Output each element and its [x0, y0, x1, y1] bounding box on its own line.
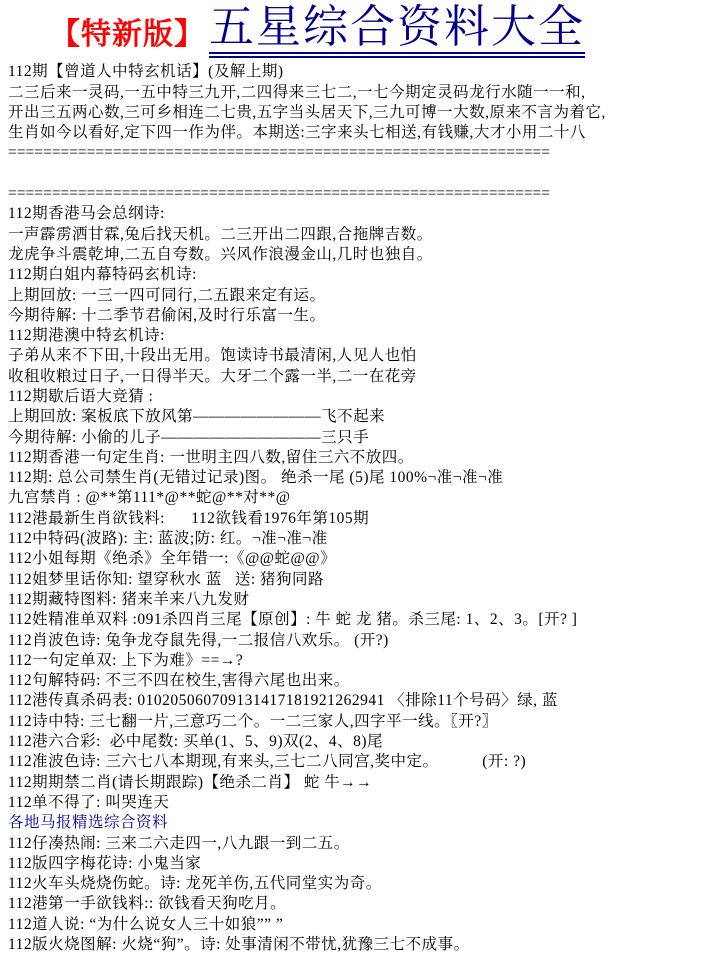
- text-line: 112准波色诗: 三六七八本期现,有来头,三七二八同宫,奖中定。 (开: ?): [8, 752, 709, 772]
- text-line: 二三后来一灵码,一五中特三九开,二四得来三七二,一七今期定灵码龙行水随一一和,: [8, 83, 709, 103]
- text-line: 112肖波色诗: 兔争龙夺鼠先得,一二报信八欢乐。 (开?): [8, 631, 709, 651]
- text-line: 112期: 总公司禁生肖(无错过记录)图。 绝杀一尾 (5)尾 100%¬准¬准…: [8, 468, 709, 488]
- text-line: 112火车头烧烧伤蛇。诗: 龙死羊伤,五代同堂实为奇。: [8, 874, 709, 894]
- text-line: 112期白姐内幕特码玄机诗:: [8, 265, 709, 285]
- text-line: 今期待解: 十二季节君偷闲,及时行乐富一生。: [8, 306, 709, 326]
- page: 【特新版】 五星综合资料大全 112期【曾道人中特玄机话】(及解上期)二三后来一…: [0, 0, 713, 970]
- text-line: 112道人说: “为什么说女人三十如狼”” ”: [8, 915, 709, 935]
- separator-line: ========================================…: [8, 143, 709, 163]
- text-line: 112姐梦里话你知: 望穿秋水 蓝 送: 猪狗同路: [8, 570, 709, 590]
- text-line: 112期香港一句定生肖: 一世明主四八数,留住三六不放四。: [8, 448, 709, 468]
- text-line: 一声霹雳洒甘霖,兔后找天机。二三开出二四跟,合拖牌吉数。: [8, 225, 709, 245]
- text-line: 112版四字梅花诗: 小鬼当家: [8, 854, 709, 874]
- text-line: 112港第一手欲钱料:: 欲钱看天狗吃月。: [8, 894, 709, 914]
- text-line: 112一句定单双: 上下为难》==→?: [8, 651, 709, 671]
- text-line: 九宫禁肖 : @**第111*@**蛇@**对**@: [8, 488, 709, 508]
- text-line: 112期期禁二肖(请长期跟踪)【绝杀二肖】 蛇 牛→→: [8, 773, 709, 793]
- text-line: 112单不得了: 叫哭连天: [8, 793, 709, 813]
- text-line: 112期香港马会总纲诗:: [8, 204, 709, 224]
- text-line: 112中特码(波路): 主: 蓝波;防: 红。¬准¬准¬准: [8, 529, 709, 549]
- text-line: 112港最新生肖欲钱料: 112欲钱看1976年第105期: [8, 509, 709, 529]
- text-line: [8, 164, 709, 184]
- separator-line: ========================================…: [8, 184, 709, 204]
- text-line: 112姓精准单双料 :091杀四肖三尾【原创】: 牛 蛇 龙 猪。杀三尾: 1、…: [8, 610, 709, 630]
- page-header: 【特新版】 五星综合资料大全: [0, 0, 713, 60]
- content: 112期【曾道人中特玄机话】(及解上期)二三后来一灵码,一五中特三九开,二四得来…: [0, 60, 713, 955]
- text-line: 112港六合彩: 必中尾数: 买单(1、5、9)双(2、4、8)尾: [8, 732, 709, 752]
- text-line: 112期港澳中特玄机诗:: [8, 326, 709, 346]
- text-line: 龙虎争斗震乾坤,二五自夸数。兴风作浪漫金山,几时也独自。: [8, 245, 709, 265]
- text-line: 各地马报精选综合资料: [8, 813, 709, 833]
- text-line: 112小姐每期《绝杀》全年错一:《@@蛇@@》: [8, 549, 709, 569]
- text-line: 生肖如今以看好,定下四一作为伴。本期送:三字来头七相送,有钱赚,大才小用二十八: [8, 123, 709, 143]
- text-line: 112诗中特: 三七翻一片,三意巧二个。一二三家人,四字平一线。〖开?〗: [8, 712, 709, 732]
- text-line: 收租收粮过日子,一日得半天。大牙二个露一半,二一在花旁: [8, 367, 709, 387]
- text-line: 112句解特码: 不三不四在校生,害得六尾也出来。: [8, 671, 709, 691]
- edition-badge: 【特新版】: [50, 9, 205, 53]
- text-line: 112期【曾道人中特玄机话】(及解上期): [8, 62, 709, 82]
- text-line: 上期回放: 一三一四可同行,二五跟来定有运。: [8, 286, 709, 306]
- text-line: 今期待解: 小偷的儿子——————————三只手: [8, 428, 709, 448]
- text-line: 112版火烧图解: 火烧“狗”。诗: 处事清闲不带忧,犹豫三七不成事。: [8, 935, 709, 955]
- text-line: 112期歇后语大竞猜 :: [8, 387, 709, 407]
- text-line: 112港传真杀码表: 01020506070913141718192126294…: [8, 691, 709, 711]
- page-title: 五星综合资料大全: [209, 4, 585, 58]
- text-line: 112仔凑热闹: 三来二六走四一,八九跟一到二五。: [8, 834, 709, 854]
- text-line: 上期回放: 案板底下放风第————————飞不起来: [8, 407, 709, 427]
- text-line: 112期藏特图料: 猪来羊来八九发财: [8, 590, 709, 610]
- text-line: 子弟从来不下田,十段出无用。饱读诗书最清闲,人见人也怕: [8, 346, 709, 366]
- text-line: 开出三五两心数,三可乡相连二七贵,五字当头居天下,三九可博一大数,原来不言为着它…: [8, 103, 709, 123]
